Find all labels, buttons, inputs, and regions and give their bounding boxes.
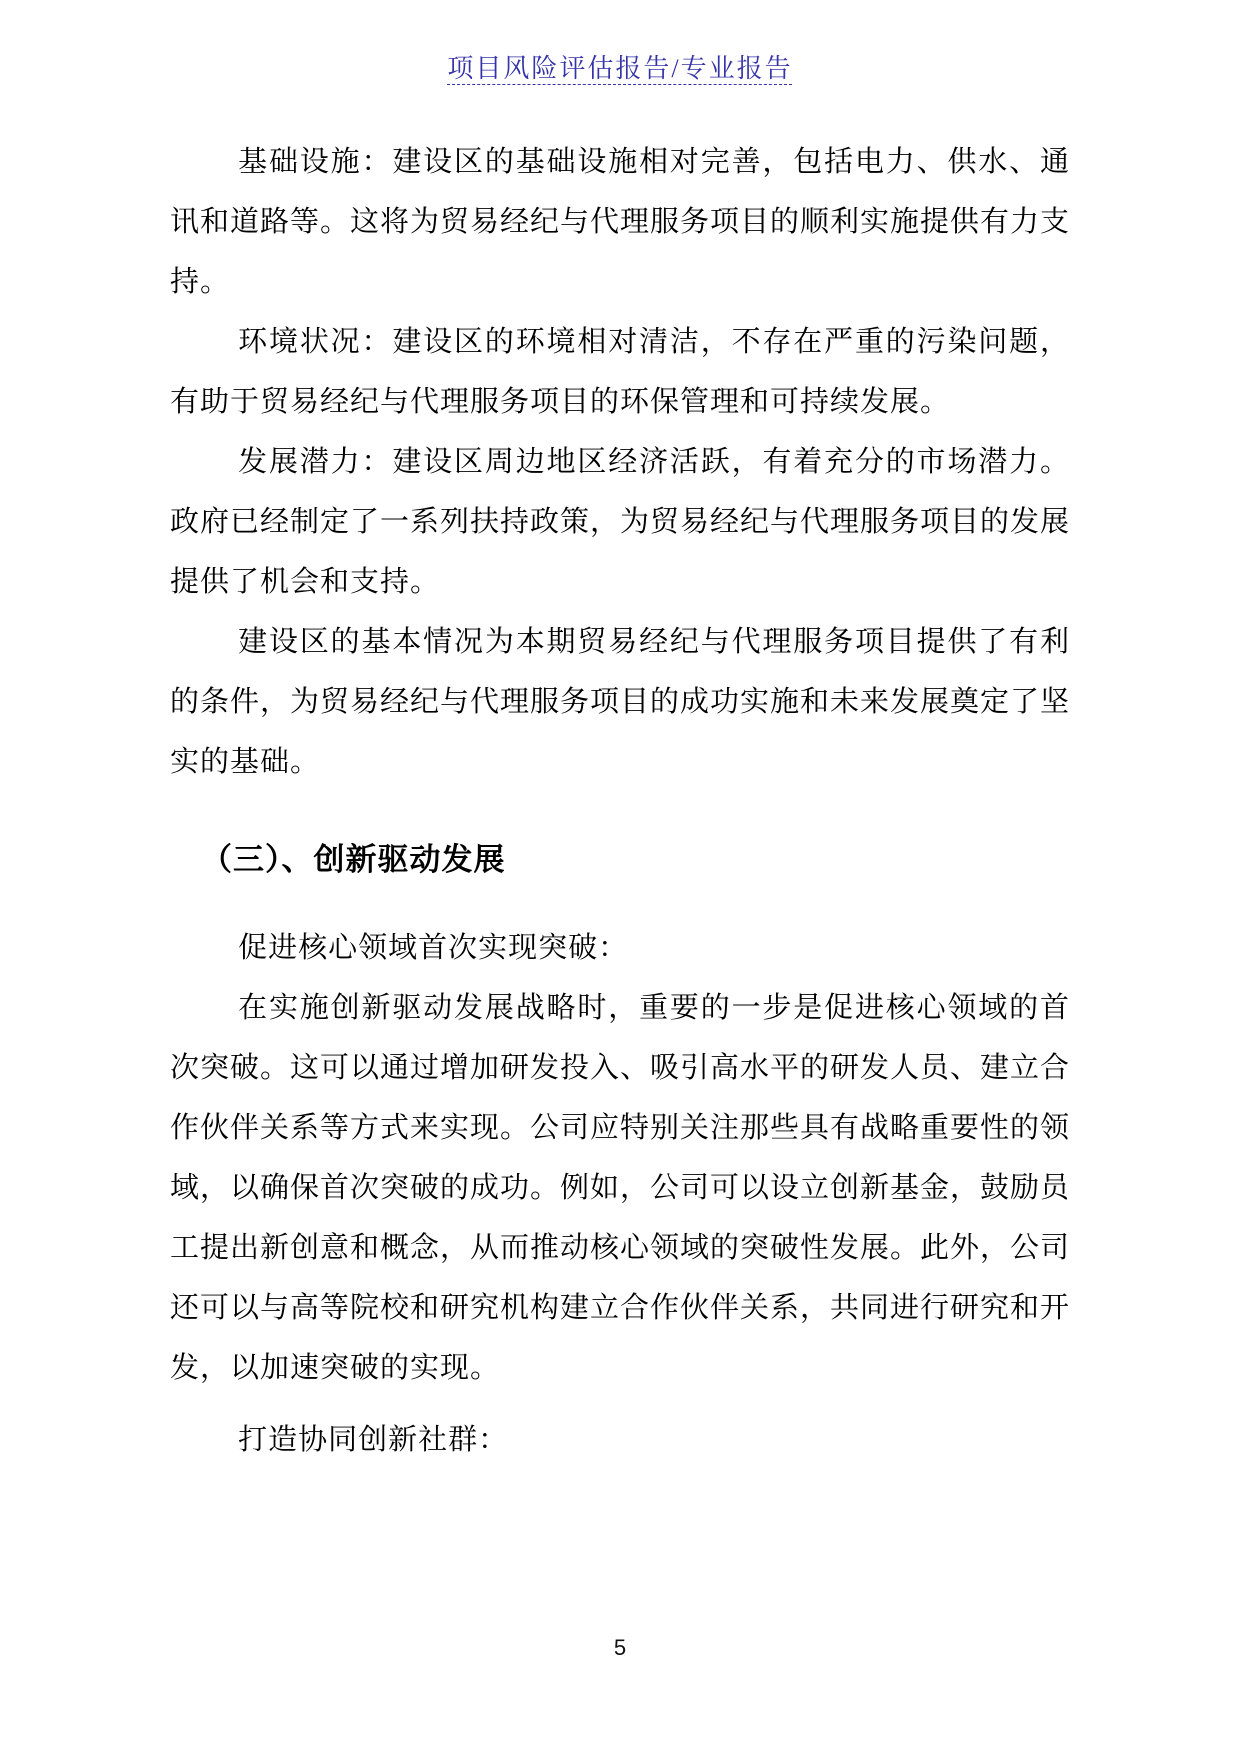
paragraph-environment: 环境状况：建设区的环境相对清洁，不存在严重的污染问题，有助于贸易经纪与代理服务项… — [170, 312, 1070, 432]
paragraph-infrastructure: 基础设施：建设区的基础设施相对完善，包括电力、供水、通讯和道路等。这将为贸易经纪… — [170, 132, 1070, 312]
section-heading-innovation: （三）、创新驱动发展 — [170, 838, 1070, 882]
page-header: 项目风险评估报告/专业报告 — [0, 48, 1240, 85]
paragraph-innovation-strategy: 在实施创新驱动发展战略时，重要的一步是促进核心领域的首次突破。这可以通过增加研发… — [170, 978, 1070, 1398]
header-title: 项目风险评估报告/专业报告 — [447, 48, 792, 85]
document-body: 基础设施：建设区的基础设施相对完善，包括电力、供水、通讯和道路等。这将为贸易经纪… — [170, 132, 1070, 1470]
paragraph-breakthrough-lead: 促进核心领域首次实现突破： — [170, 918, 1070, 978]
page-footer: 5 — [0, 1635, 1240, 1661]
paragraph-development-potential: 发展潜力：建设区周边地区经济活跃，有着充分的市场潜力。政府已经制定了一系列扶持政… — [170, 432, 1070, 612]
document-page: 项目风险评估报告/专业报告 基础设施：建设区的基础设施相对完善，包括电力、供水、… — [0, 0, 1240, 1753]
paragraph-community-lead: 打造协同创新社群： — [170, 1410, 1070, 1470]
paragraph-zone-summary: 建设区的基本情况为本期贸易经纪与代理服务项目提供了有利的条件，为贸易经纪与代理服… — [170, 612, 1070, 792]
page-number: 5 — [614, 1635, 626, 1660]
